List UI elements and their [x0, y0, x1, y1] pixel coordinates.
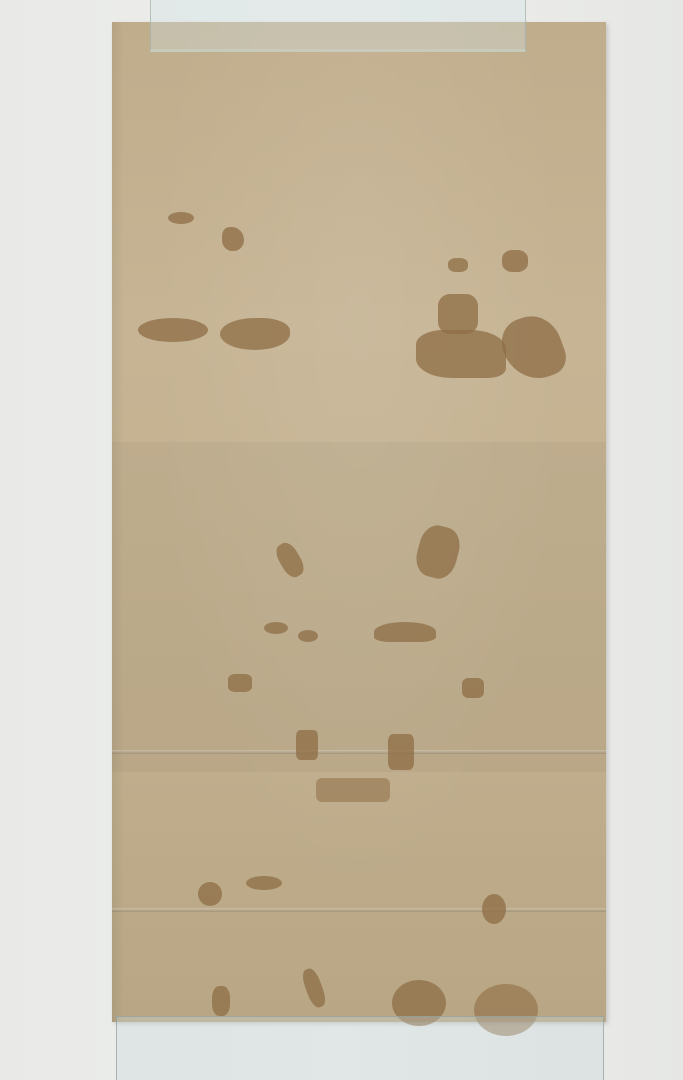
- fold-crease: [112, 908, 606, 912]
- ink-stain: [246, 876, 282, 890]
- ink-stain: [138, 318, 208, 342]
- ink-stain: [416, 330, 506, 378]
- fold-crease: [112, 750, 606, 754]
- ink-stain: [298, 630, 318, 642]
- ink-stain: [222, 227, 244, 251]
- ink-stain: [168, 212, 194, 224]
- ink-stain: [264, 622, 288, 634]
- ink-stain: [316, 778, 390, 802]
- ink-stain: [438, 294, 478, 334]
- ink-stain: [198, 882, 222, 906]
- ink-stain: [388, 734, 414, 770]
- ink-stain: [448, 258, 468, 272]
- ink-stain: [300, 966, 329, 1009]
- ink-stain: [296, 730, 318, 760]
- ink-stain: [212, 986, 230, 1016]
- ink-stain: [374, 622, 436, 642]
- ink-stain: [228, 674, 252, 692]
- ink-stain: [495, 308, 571, 388]
- bottom-glass-clamp: [116, 1016, 604, 1080]
- top-glass-clamp: [150, 0, 526, 52]
- ink-stain: [220, 318, 290, 350]
- ink-stain: [462, 678, 484, 698]
- ink-stain: [482, 894, 506, 924]
- paper-panel: [112, 442, 606, 772]
- ink-stain: [502, 250, 528, 272]
- paper-scroll: [112, 22, 606, 1022]
